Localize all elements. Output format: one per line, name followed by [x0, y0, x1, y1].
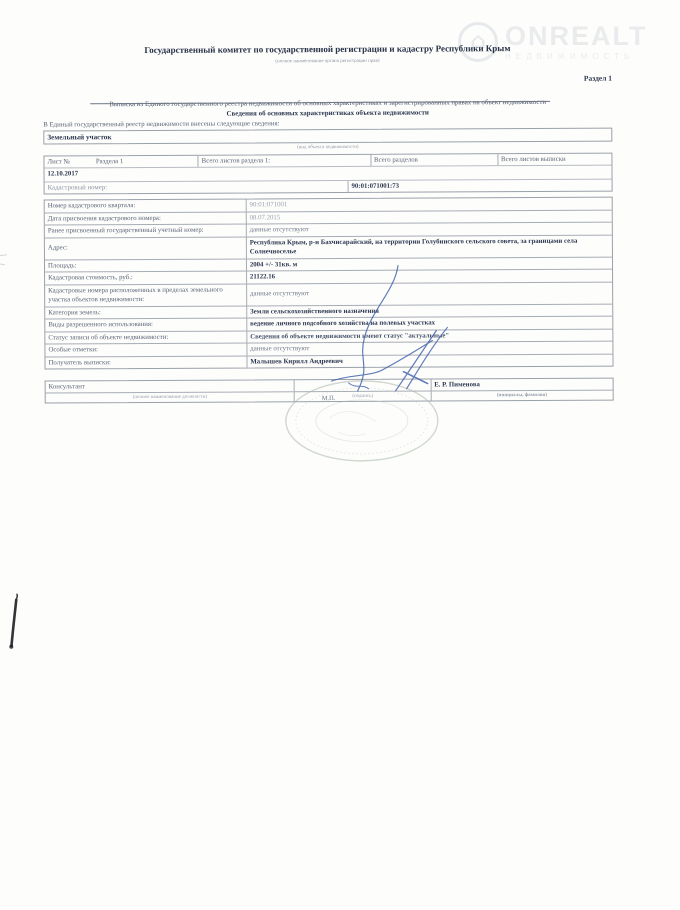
- row-value: 08.07.2015: [247, 210, 612, 223]
- row-label: Виды разрешенного использования:: [45, 318, 247, 331]
- stamp-mark: М.П.: [322, 395, 336, 402]
- signature-caption: (подпись): [295, 392, 431, 402]
- object-type-cell: Земельный участок: [43, 128, 612, 145]
- row-label: Ранее присвоенный государственный учетны…: [45, 224, 247, 237]
- org-title-caption: (полное наименование органа регистрации …: [43, 57, 612, 67]
- sheet-label: Лист №: [47, 158, 69, 165]
- row-label: Кадастровая стоимость, руб.:: [45, 271, 247, 284]
- cadastral-number-row: Кадастровый номер: 90:01:071001:73: [45, 180, 612, 194]
- row-value: данные отсутствуют: [247, 282, 612, 305]
- table-row: Получатель выписки: Малышев Кирилл Андре…: [45, 354, 612, 368]
- row-value: Земли сельскохозяйственного назначения: [247, 304, 612, 317]
- pen-mark: [11, 594, 17, 646]
- cadastral-number-label: Кадастровый номер:: [45, 181, 349, 194]
- row-value: ведение личного подсобного хозяйства на …: [247, 317, 612, 330]
- table-row: Кадастровые номера расположенных в преде…: [45, 282, 612, 307]
- name-caption: (инициалы, фамилия): [431, 391, 612, 401]
- signer-position-cell: Консультант: [46, 380, 296, 392]
- scan-layer: Государственный комитет по государственн…: [0, 0, 680, 910]
- row-label: Статус записи об объекте недвижимости:: [45, 331, 247, 344]
- row-label: Кадастровые номера расположенных в преде…: [45, 284, 247, 306]
- section-label: Раздел 1: [43, 74, 612, 87]
- details-table: Номер кадастрового квартала: 90:01:07100…: [44, 197, 614, 370]
- pen-mark-blob: [9, 645, 13, 649]
- row-value: Сведения об объекте недвижимости имеют с…: [247, 329, 612, 342]
- row-value: данные отсутствуют: [247, 342, 612, 355]
- row-label: Адрес:: [45, 237, 247, 259]
- scan-artifact: [0, 255, 7, 265]
- row-label: Площадь:: [45, 259, 247, 272]
- sheet-number-cell: Лист № Раздела 1: [44, 156, 198, 168]
- row-value: 21122.16: [247, 270, 612, 283]
- cadastral-number-value: 90:01:071001:73: [348, 180, 611, 192]
- total-extract-sheets-cell: Всего листов выписки: [498, 154, 611, 166]
- row-label: Получатель выписки:: [45, 356, 247, 369]
- total-sheets-cell: Всего листов раздела 1:: [199, 155, 371, 167]
- row-value: данные отсутствуют: [247, 223, 612, 236]
- row-value: Малышев Кирилл Андреевич: [247, 354, 612, 367]
- signature-cell: [295, 380, 431, 392]
- position-caption: (полное наименование должности): [46, 392, 296, 402]
- row-label: Категория земель:: [45, 306, 247, 319]
- org-title: Государственный комитет по государственн…: [43, 43, 612, 57]
- row-label: Дата присвоения кадастрового номера:: [45, 212, 247, 225]
- sheet-section-label: Раздела 1: [96, 158, 123, 165]
- document-content: Государственный комитет по государственн…: [43, 43, 614, 404]
- sheet-table: Лист № Раздела 1 Всего листов раздела 1:…: [43, 153, 612, 195]
- table-row: Адрес: Республика Крым, р-н Бахчисарайск…: [45, 235, 612, 260]
- row-label: Номер кадастрового квартала:: [45, 199, 247, 212]
- scanned-extract-document: ⌂ ONREALT НЕДВИЖИМОСТЬ Государственный к…: [0, 0, 680, 910]
- row-value: 90:01:071001: [247, 198, 612, 211]
- row-value: 2004 +/- 31кв. м: [247, 257, 612, 270]
- row-label: Особые отметки:: [45, 343, 247, 356]
- total-sections-cell: Всего разделов: [371, 154, 498, 166]
- row-value: Республика Крым, р-н Бахчисарайский, на …: [247, 235, 612, 258]
- signer-name-cell: Е. Р. Пименова: [431, 379, 612, 391]
